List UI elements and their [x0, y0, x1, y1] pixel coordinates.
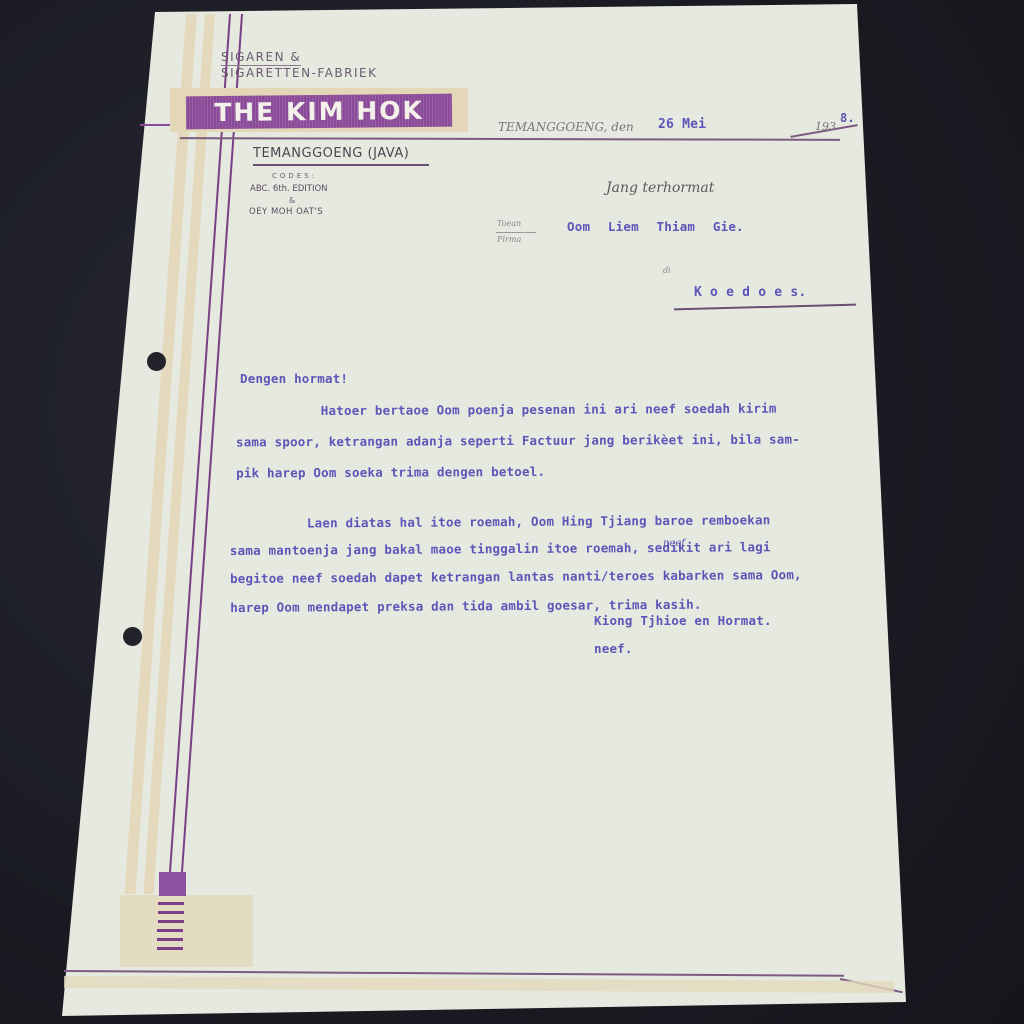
punch-hole-bottom	[123, 627, 142, 646]
body-line: pik harep Oom soeka trima dengen betoel.	[236, 463, 800, 497]
body-line: sama mantoenja jang bakal maoe tinggalin…	[230, 539, 802, 571]
year-suffix: 8.	[840, 111, 855, 125]
dateline-place: TEMANGGOENG, den	[498, 120, 634, 134]
signature: neef.	[594, 641, 633, 656]
codes-label: CODES:	[272, 172, 317, 180]
body-line: begitoe neef soedah dapet ketrangan lant…	[230, 567, 802, 600]
label-toean: Toean	[497, 219, 521, 228]
label-di: di	[663, 266, 671, 275]
punch-hole-top	[147, 352, 166, 371]
letterhead-line2: SIGARETTEN-FABRIEK	[221, 66, 378, 80]
decor-bar	[158, 911, 184, 914]
paragraph-2: Laen diatas hal itoe roemah, Oom Hing Tj…	[230, 512, 802, 628]
paragraph-1: Hatoer bertaoe Oom poenja pesenan ini ar…	[236, 401, 800, 497]
code-abc: ABC. 6th. EDITION	[250, 184, 328, 194]
printed-salutation: Jang terhormat	[606, 180, 714, 196]
location-underline	[253, 164, 429, 166]
decor-bar	[158, 902, 184, 905]
decor-bottom-block	[120, 895, 253, 967]
company-name-banner: THE KIM HOK	[186, 94, 452, 130]
label-divider	[496, 232, 536, 233]
body-line: sama spoor, ketrangan adanja seperti Fac…	[236, 432, 800, 466]
decor-purple-square	[159, 872, 186, 896]
recipient-city: K o e d o e s.	[694, 285, 806, 300]
body-line: Laen diatas hal itoe roemah, Oom Hing Tj…	[230, 512, 802, 543]
letterhead-line1: SIGAREN &	[221, 50, 301, 64]
decor-bar	[157, 947, 183, 950]
code-amp: &	[289, 196, 295, 205]
body-line: Hatoer bertaoe Oom poenja pesenan ini ar…	[236, 401, 800, 435]
closing: Kiong Tjhioe en Hormat.	[594, 613, 772, 628]
year-prefix: 193	[815, 120, 836, 133]
greeting: Dengen hormat!	[240, 371, 348, 386]
date-value: 26 Mei	[658, 117, 706, 132]
decor-bar	[157, 929, 183, 932]
decor-bar	[158, 920, 184, 923]
recipient-name: Oom Liem Thiam Gie.	[567, 219, 744, 234]
label-firma: Firma	[497, 235, 521, 244]
company-location: TEMANGGOENG (JAVA)	[253, 146, 409, 161]
code-oey: OEY MOH OAT'S	[249, 207, 323, 217]
handwritten-insert: neef	[663, 538, 685, 549]
decor-bar	[157, 938, 183, 941]
